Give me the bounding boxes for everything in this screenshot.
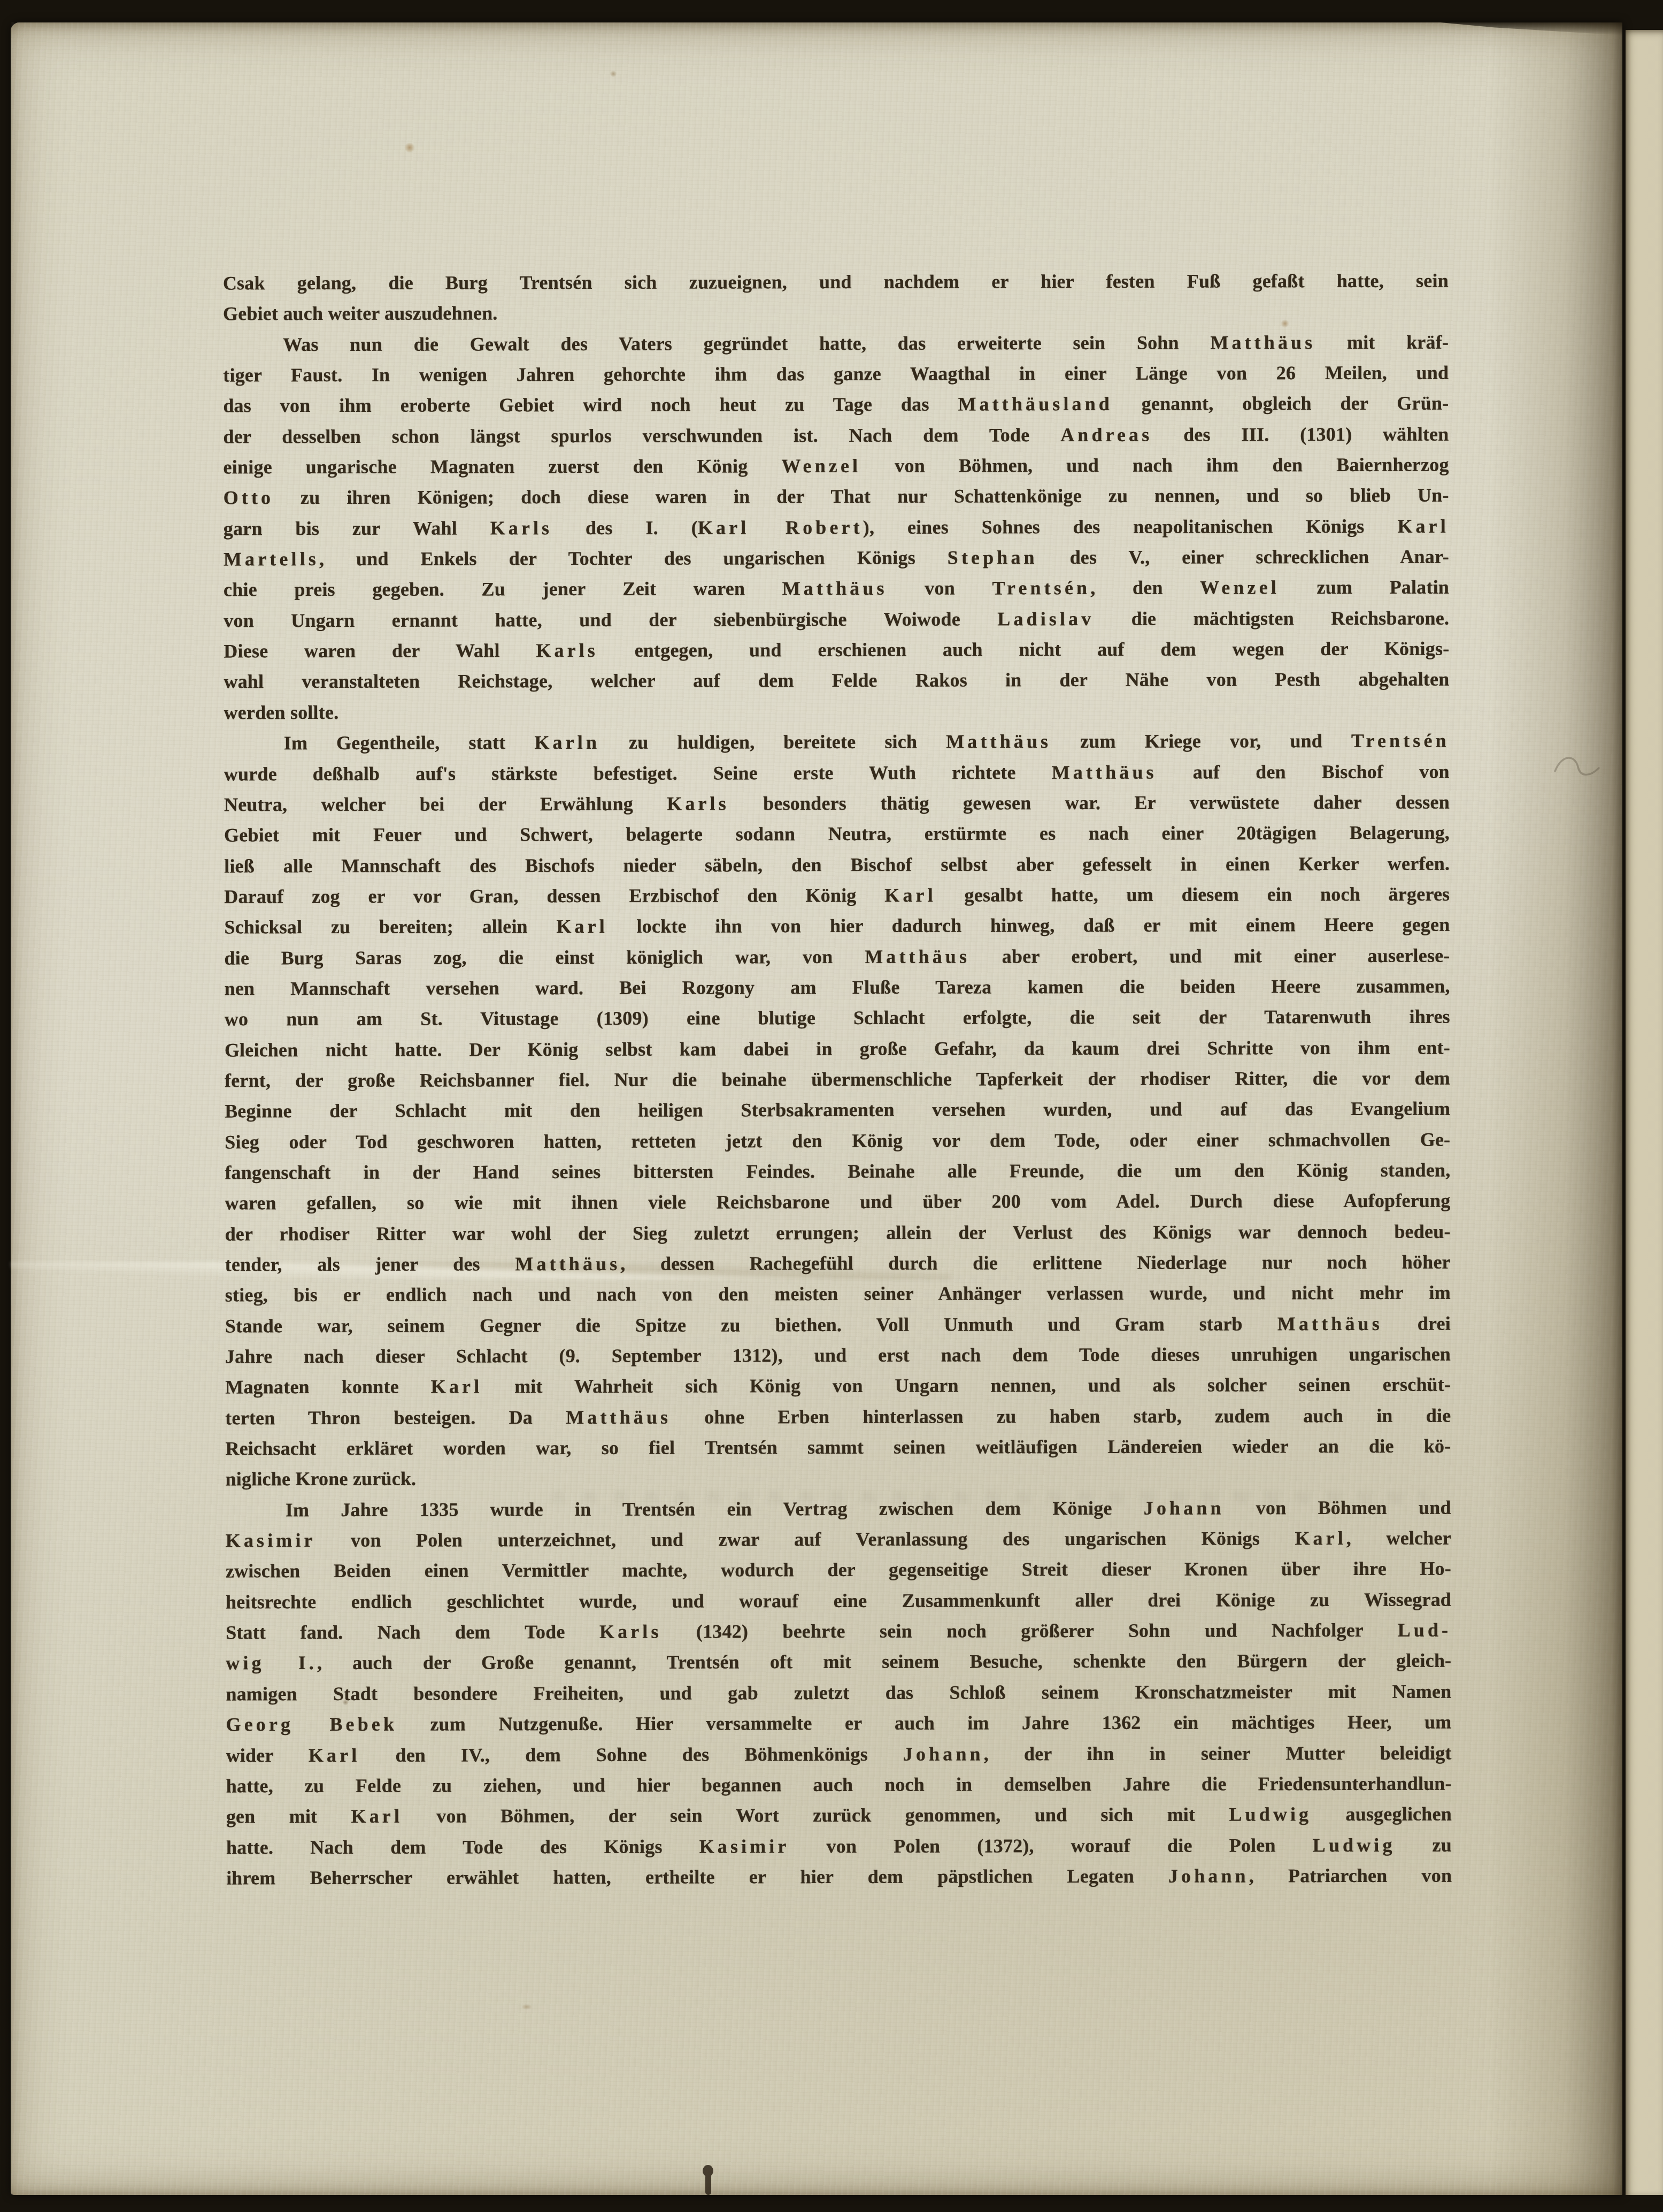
paragraph: Csak gelang, die Burg Trentsén sich zuzu… xyxy=(223,266,1449,329)
text-line: von Ungarn ernannt hatte, und der sieben… xyxy=(224,603,1449,636)
spaced-name: Wenzel xyxy=(781,455,861,477)
text-line: Csak gelang, die Burg Trentsén sich zuzu… xyxy=(223,266,1449,299)
spaced-name: Matthäus xyxy=(1210,332,1315,353)
text-line: tender, als jener des Matthäus, dessen R… xyxy=(225,1247,1451,1280)
text-line: das von ihm eroberte Gebiet wird noch he… xyxy=(223,388,1449,421)
spaced-name: Matthäus xyxy=(515,1253,620,1274)
foxing-stain xyxy=(404,143,415,152)
spaced-name: Ludwig xyxy=(1229,1803,1312,1825)
spaced-name: Andreas xyxy=(1060,424,1152,445)
spaced-name: Matthäus xyxy=(566,1406,671,1427)
spaced-name: Matthäus xyxy=(1277,1313,1383,1334)
text-line: wo nun am St. Vitustage (1309) eine blut… xyxy=(225,1002,1450,1035)
spaced-name: Kasimir xyxy=(699,1835,790,1857)
text-line: Gebiet mit Feuer und Schwert, belagerte … xyxy=(224,818,1450,851)
spaced-name: Trentsén xyxy=(1351,730,1450,751)
text-line: Darauf zog er vor Gran, dessen Erzbischo… xyxy=(224,879,1450,912)
spaced-name: Karl xyxy=(351,1806,403,1827)
paragraph: Im Jahre 1335 wurde in Trentsén ein Vert… xyxy=(226,1492,1452,1893)
text-line: ihrem Beherrscher erwählet hatten, erthe… xyxy=(226,1860,1452,1893)
spaced-name: Stephan xyxy=(948,547,1038,568)
spaced-name: Karln xyxy=(534,732,600,753)
spaced-name: Matthäus xyxy=(946,731,1051,752)
spaced-name: Trentsén xyxy=(992,577,1090,598)
text-line: der rhodiser Ritter war wohl der Sieg zu… xyxy=(225,1216,1451,1249)
text-line: namigen Stadt besondere Freiheiten, und … xyxy=(226,1676,1451,1709)
spaced-name: Georg Bebek xyxy=(226,1714,397,1735)
scanner-background: Csak gelang, die Burg Trentsén sich zuzu… xyxy=(0,0,1663,2212)
text-line: waren gefallen, so wie mit ihnen viele R… xyxy=(225,1186,1450,1219)
spaced-name: wig I. xyxy=(226,1653,317,1674)
spaced-name: Karl xyxy=(1397,515,1449,536)
spaced-name: Matthäus xyxy=(782,578,888,599)
text-line: Martells, und Enkels der Tochter des ung… xyxy=(224,542,1449,575)
text-line: ließ alle Mannschaft des Bischofs nieder… xyxy=(224,848,1450,881)
next-page-edge xyxy=(1626,30,1663,2195)
spaced-name: Karls xyxy=(667,793,729,814)
spaced-name: Karl xyxy=(309,1744,360,1765)
text-line: Neutra, welcher bei der Erwählung Karls … xyxy=(224,787,1450,820)
spaced-name: Otto xyxy=(224,487,274,509)
text-line: stieg, bis er endlich nach und nach von … xyxy=(225,1278,1451,1311)
spaced-name: Karls xyxy=(599,1621,662,1642)
text-line: fangenschaft in der Hand seines bitterst… xyxy=(225,1155,1450,1188)
text-line: tiger Faust. In wenigen Jahren gehorchte… xyxy=(223,358,1449,391)
spaced-name: Johann xyxy=(1168,1865,1249,1886)
spaced-name: Karls xyxy=(490,517,553,539)
text-line: Statt fand. Nach dem Tode Karls (1342) b… xyxy=(226,1615,1451,1648)
spaced-name: Ladislav xyxy=(997,608,1094,629)
text-line: gen mit Karl von Böhmen, der sein Wort z… xyxy=(226,1799,1452,1832)
text-line: Schicksal zu bereiten; allein Karl lockt… xyxy=(224,910,1450,943)
ink-blot xyxy=(702,2165,715,2195)
text-line: Jahre nach dieser Schlacht (9. September… xyxy=(225,1339,1451,1372)
text-block: Csak gelang, die Burg Trentsén sich zuzu… xyxy=(223,266,1452,1894)
spaced-name: Karl Robert xyxy=(698,517,863,539)
text-line: Magnaten konnte Karl mit Wahrheit sich K… xyxy=(225,1370,1451,1403)
spaced-name: Karls xyxy=(536,640,598,661)
text-line: heitsrechte endlich geschlichtet wurde, … xyxy=(226,1584,1451,1617)
text-line: wahl veranstalteten Reichstage, welcher … xyxy=(224,664,1449,697)
text-line: Reichsacht erkläret worden war, so fiel … xyxy=(225,1431,1451,1464)
text-line: Diese waren der Wahl Karls entgegen, und… xyxy=(224,634,1449,667)
spaced-name: Kasimir xyxy=(226,1530,316,1551)
spaced-name: Matthäus xyxy=(1052,761,1157,782)
text-line: terten Thron besteigen. Da Matthäus ohne… xyxy=(225,1400,1451,1433)
text-line: Gleichen nicht hatte. Der König selbst k… xyxy=(225,1032,1450,1065)
text-line: Georg Bebek zum Nutzgenuße. Hier versamm… xyxy=(226,1707,1451,1740)
text-line: zwischen Beiden einen Vermittler machte,… xyxy=(226,1554,1451,1587)
text-line: der desselben schon längst spurlos versc… xyxy=(223,419,1449,452)
spaced-name: Matthäus xyxy=(865,946,970,967)
text-line: Gebiet auch weiter auszudehnen. xyxy=(223,296,1449,329)
text-line: wig I., auch der Große genannt, Trentsén… xyxy=(226,1646,1451,1679)
paragraph: Im Gegentheile, statt Karln zu huldigen,… xyxy=(224,726,1451,1495)
foxing-stain xyxy=(610,71,617,77)
text-line: Beginne der Schlacht mit den heiligen St… xyxy=(225,1094,1450,1127)
text-line: chie preis gegeben. Zu jener Zeit waren … xyxy=(224,572,1449,605)
foxing-stain xyxy=(521,2004,532,2010)
text-line: Stande war, seinem Gegner die Spitze zu … xyxy=(225,1308,1451,1341)
text-line: Im Jahre 1335 wurde in Trentsén ein Vert… xyxy=(226,1492,1451,1525)
spaced-name: Ludwig xyxy=(1313,1834,1396,1855)
text-line: werden sollte. xyxy=(224,695,1450,728)
gutter-shadow xyxy=(1489,22,1622,2195)
book-page: Csak gelang, die Burg Trentsén sich zuzu… xyxy=(11,22,1622,2195)
text-line: fernt, der große Reichsbanner fiel. Nur … xyxy=(225,1063,1450,1096)
spaced-name: Karl xyxy=(431,1376,483,1397)
spaced-name: Karl xyxy=(1295,1527,1346,1549)
text-line: Otto zu ihren Königen; doch diese waren … xyxy=(224,480,1449,513)
spaced-name: Johann xyxy=(903,1743,984,1764)
text-line: einige ungarische Magnaten zuerst den Kö… xyxy=(224,450,1449,483)
spaced-name: Wenzel xyxy=(1200,577,1280,598)
text-line: nigliche Krone zurück. xyxy=(226,1462,1451,1495)
text-line: wider Karl den IV., dem Sohne des Böhmen… xyxy=(226,1738,1452,1771)
spaced-name: Karl xyxy=(556,916,608,937)
text-line: die Burg Saras zog, die einst königlich … xyxy=(224,940,1450,973)
text-line: garn bis zur Wahl Karls des I. (Karl Rob… xyxy=(224,511,1449,544)
text-line: hatte, zu Felde zu ziehen, und hier bega… xyxy=(226,1768,1452,1801)
text-line: hatte. Nach dem Tode des Königs Kasimir … xyxy=(226,1830,1452,1863)
text-line: Im Gegentheile, statt Karln zu huldigen,… xyxy=(224,726,1450,759)
text-line: Was nun die Gewalt des Vaters gegründet … xyxy=(223,327,1449,360)
spaced-name: Martells xyxy=(224,548,319,570)
spaced-name: Karl xyxy=(884,884,936,905)
text-line: nen Mannschaft versehen ward. Bei Rozgon… xyxy=(225,971,1450,1004)
paragraph: Was nun die Gewalt des Vaters gegründet … xyxy=(223,327,1450,728)
text-line: wurde deßhalb auf's stärkste befestiget.… xyxy=(224,756,1450,789)
text-line: Kasimir von Polen unterzeichnet, und zwa… xyxy=(226,1523,1451,1556)
spaced-name: Matthäusland xyxy=(958,393,1113,415)
spaced-name: Lud- xyxy=(1398,1619,1452,1641)
text-line: Sieg oder Tod geschworen hatten, rettete… xyxy=(225,1124,1450,1157)
spaced-name: Johann xyxy=(1144,1497,1225,1518)
